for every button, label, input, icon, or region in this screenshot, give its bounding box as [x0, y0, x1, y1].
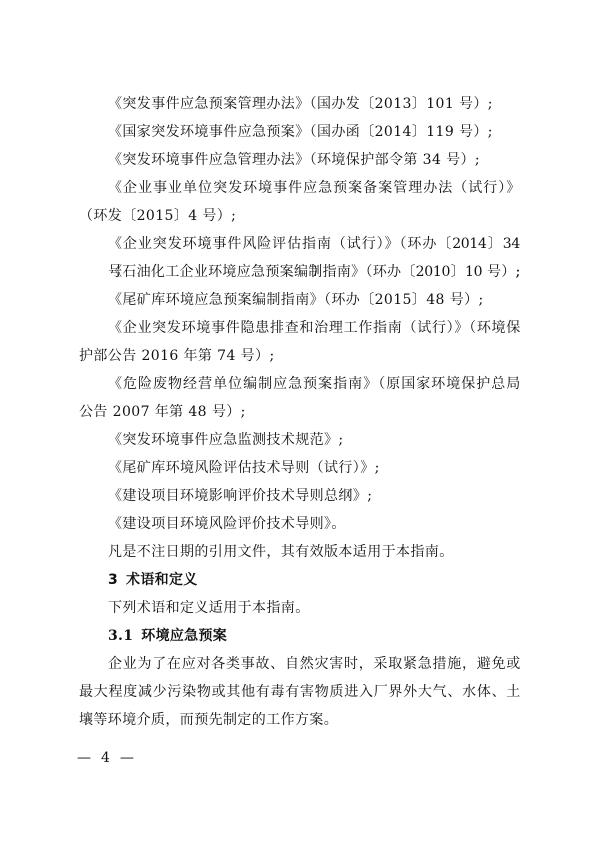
reference-item: 《突发环境事件应急监测技术规范》;	[79, 426, 520, 454]
reference-item: 《危险废物经营单位编制应急预案指南》（原国家环境保护总局 公告 2007 年第 …	[79, 370, 520, 426]
section-heading: 3术语和定义	[79, 566, 520, 594]
definition-paragraph: 企业为了在应对各类事故、自然灾害时，采取紧急措施，避免或 最大程度减少污染物或其…	[79, 650, 520, 734]
reference-item: 《国家突发环境事件应急预案》（国办函〔2014〕119 号）;	[79, 118, 520, 146]
reference-item: 《建设项目环境风险评价技术导则》。	[79, 510, 520, 538]
subsection-title: 环境应急预案	[141, 628, 227, 644]
reference-line: （环发〔2015〕4 号）;	[79, 202, 520, 230]
section-title: 术语和定义	[126, 572, 198, 588]
reference-item: 《企业事业单位突发环境事件应急预案备案管理办法（试行）》 （环发〔2015〕4 …	[79, 174, 520, 230]
reference-item: 《尾矿库环境应急预案编制指南》（环办〔2015〕48 号）;	[79, 286, 520, 314]
subsection-number: 3.1	[108, 628, 133, 644]
paragraph-line: 最大程度减少污染物或其他有毒有害物质进入厂界外大气、水体、土	[79, 678, 520, 706]
subsection-heading: 3.1环境应急预案	[79, 622, 520, 650]
undated-reference-note: 凡是不注日期的引用文件，其有效版本适用于本指南。	[79, 538, 520, 566]
dash-left: —	[77, 750, 91, 766]
page-number-footer: —4—	[77, 744, 134, 772]
reference-line: 公告 2007 年第 48 号）;	[79, 398, 520, 426]
reference-item: 《石油化工企业环境应急预案编制指南》（环办〔2010〕10 号）;	[79, 258, 520, 286]
reference-item: 《企业突发环境事件隐患排查和治理工作指南（试行）》（环境保 护部公告 2016 …	[79, 314, 520, 370]
reference-line: 护部公告 2016 年第 74 号）;	[79, 342, 520, 370]
section-intro: 下列术语和定义适用于本指南。	[79, 594, 520, 622]
reference-line: 《危险废物经营单位编制应急预案指南》（原国家环境保护总局	[79, 370, 520, 398]
reference-item: 《企业突发环境事件风险评估指南（试行）》（环办〔2014〕34 号）;	[79, 230, 520, 258]
reference-line: 《企业事业单位突发环境事件应急预案备案管理办法（试行）》	[79, 174, 520, 202]
reference-list: 《突发事件应急预案管理办法》（国办发〔2013〕101 号）; 《国家突发环境事…	[79, 90, 520, 538]
document-page: 《突发事件应急预案管理办法》（国办发〔2013〕101 号）; 《国家突发环境事…	[79, 90, 520, 734]
section-number: 3	[108, 572, 118, 588]
paragraph-line: 壤等环境介质，而预先制定的工作方案。	[79, 706, 520, 734]
reference-item: 《突发环境事件应急管理办法》（环境保护部令第 34 号）;	[79, 146, 520, 174]
dash-right: —	[120, 750, 134, 766]
reference-item: 《建设项目环境影响评价技术导则总纲》;	[79, 482, 520, 510]
reference-item: 《尾矿库环境风险评估技术导则（试行）》;	[79, 454, 520, 482]
reference-item: 《突发事件应急预案管理办法》（国办发〔2013〕101 号）;	[79, 90, 520, 118]
reference-line: 《企业突发环境事件隐患排查和治理工作指南（试行）》（环境保	[79, 314, 520, 342]
page-number: 4	[101, 750, 110, 766]
paragraph-line: 企业为了在应对各类事故、自然灾害时，采取紧急措施，避免或	[79, 650, 520, 678]
